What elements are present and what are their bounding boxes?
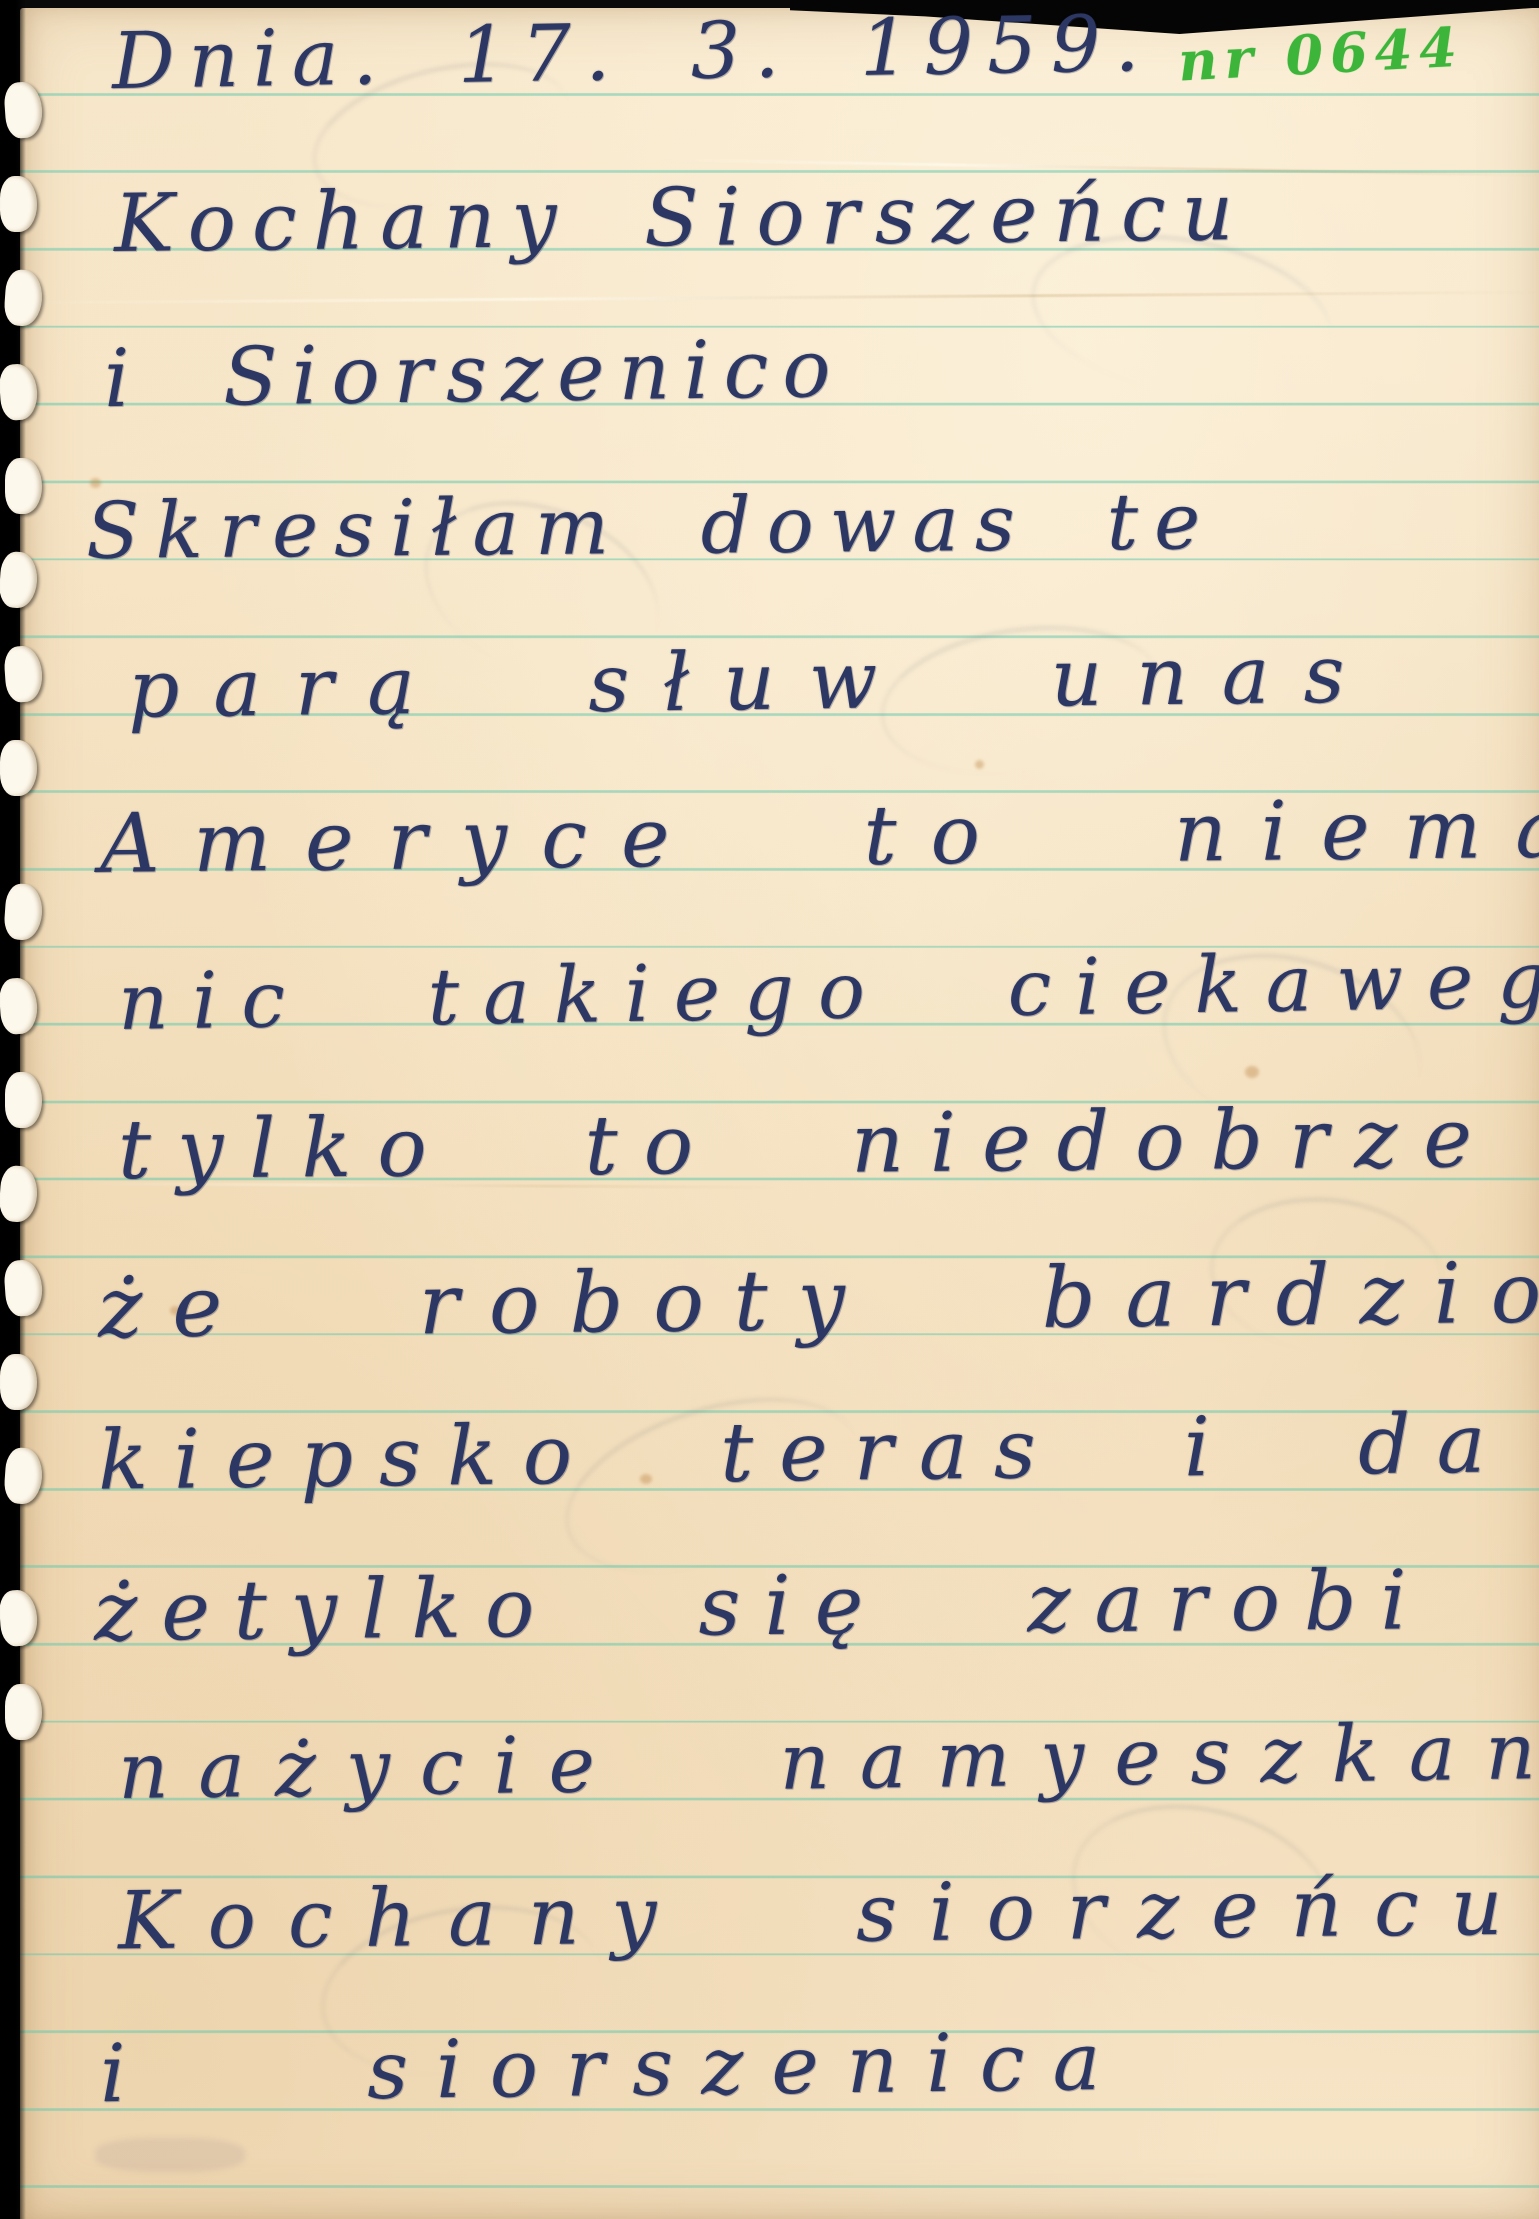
ink-showthrough bbox=[1019, 213, 1344, 417]
paper-crease bbox=[20, 291, 1539, 305]
ink-showthrough bbox=[1141, 925, 1442, 1165]
ink-showthrough bbox=[308, 1885, 615, 2096]
torn-hole bbox=[5, 458, 42, 514]
ink-showthrough bbox=[1203, 1186, 1451, 1364]
age-spot bbox=[90, 478, 101, 488]
torn-hole bbox=[0, 1354, 37, 1410]
age-spot bbox=[640, 1474, 652, 1484]
torn-hole bbox=[5, 1072, 42, 1128]
scanned-letter: Dnia. 17. 3. 1959. Kochany Siorszeńcu i … bbox=[0, 0, 1539, 2219]
age-spot bbox=[170, 1306, 180, 1315]
letter-page bbox=[20, 8, 1539, 2219]
torn-hole bbox=[0, 740, 37, 796]
ink-showthrough bbox=[544, 1365, 880, 1605]
ink-showthrough bbox=[1053, 1779, 1350, 2011]
age-spot bbox=[1245, 1066, 1259, 1078]
ink-showthrough bbox=[398, 468, 685, 711]
torn-hole bbox=[5, 1684, 42, 1740]
age-spot bbox=[975, 760, 984, 769]
ink-showthrough bbox=[871, 609, 1171, 791]
torn-hole bbox=[0, 176, 37, 232]
ruled-lines bbox=[20, 8, 1539, 2219]
paper-crease bbox=[80, 1182, 780, 1189]
faint-smudge bbox=[95, 2138, 245, 2172]
ink-showthrough bbox=[298, 38, 586, 232]
paper-crease bbox=[660, 158, 1539, 176]
